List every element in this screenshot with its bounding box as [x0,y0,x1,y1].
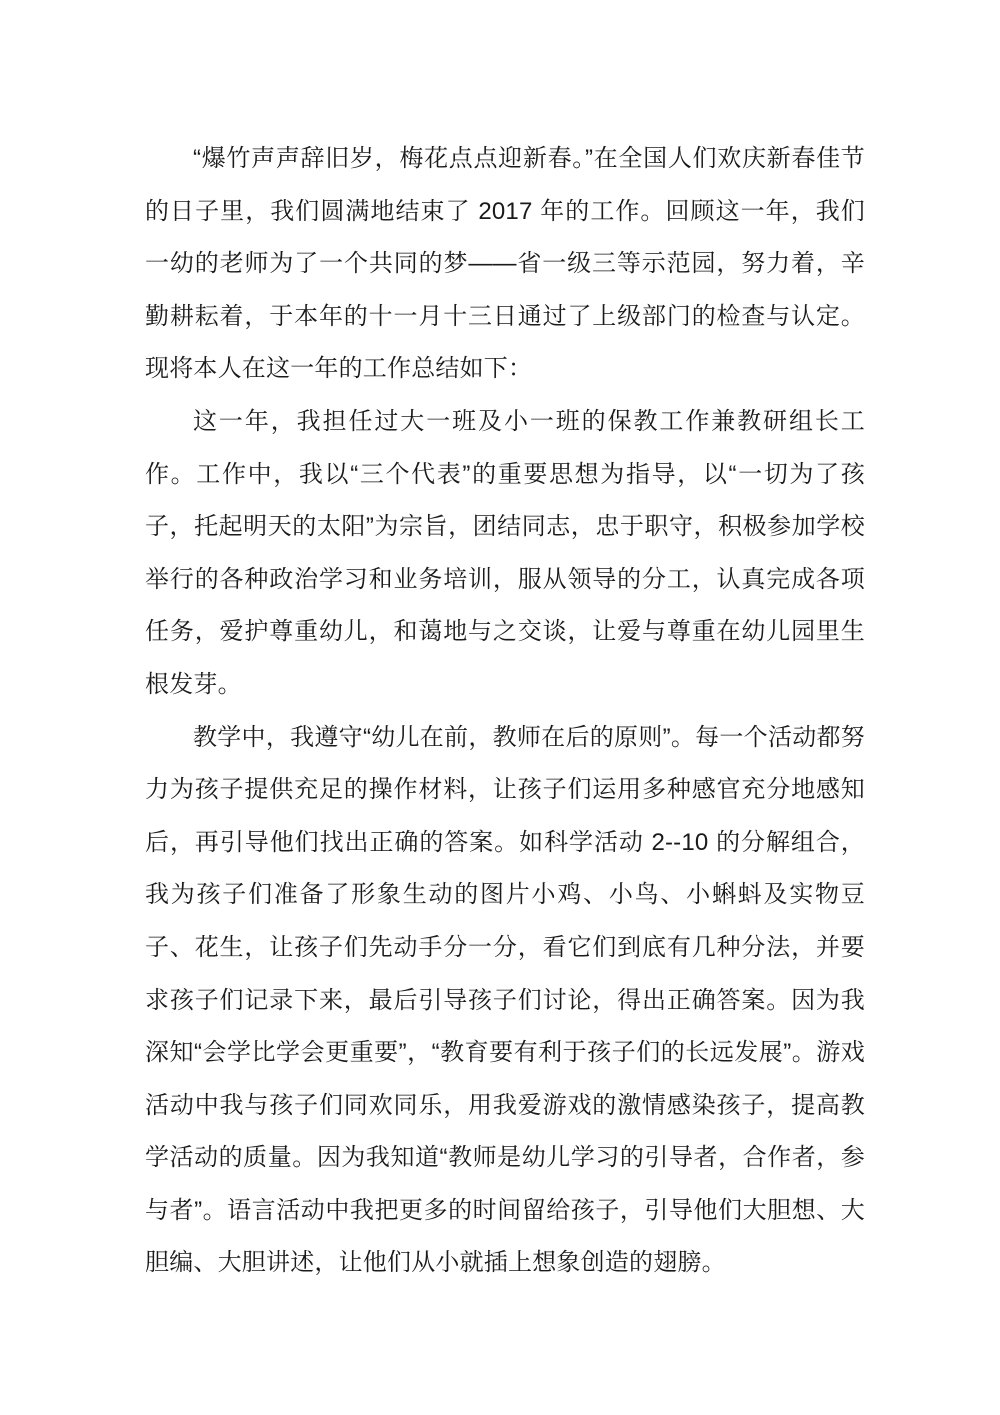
document-page: “爆竹声声辞旧岁，梅花点点迎新春。”在全国人们欢庆新春佳节的日子里，我们圆满地结… [0,0,1000,1415]
paragraph-teaching: 教学中，我遵守“幼儿在前，教师在后的原则”。每一个活动都努力为孩子提供充足的操作… [145,712,865,1291]
paragraph-opening: “爆竹声声辞旧岁，梅花点点迎新春。”在全国人们欢庆新春佳节的日子里，我们圆满地结… [145,133,865,396]
paragraph-work-overview: 这一年，我担任过大一班及小一班的保教工作兼教研组长工作。工作中，我以“三个代表”… [145,396,865,712]
